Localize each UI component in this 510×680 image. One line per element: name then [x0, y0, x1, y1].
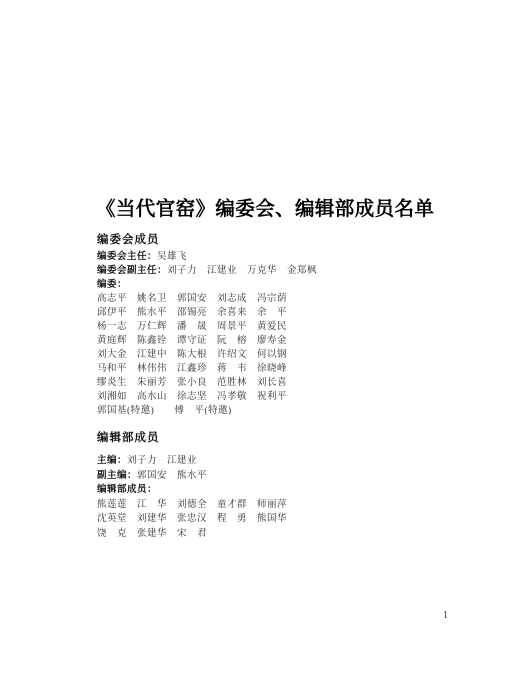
committee-member-row: 缪炎生 朱丽芳 张小良 范胜林 刘长喜 — [97, 376, 317, 390]
committee-member-row: 郭国基(特邀) 傅 平(特邀) — [97, 404, 317, 418]
editorial-member-row: 沈英堂 刘建华 张忠汉 程 勇 熊国华 — [97, 512, 287, 527]
committee-member-row: 杨一志 万仁辉 潘 晟 周景平 黄爱民 — [97, 320, 317, 334]
editorial-deputy-line: 副主编：郭国安 熊水平 — [97, 469, 287, 484]
committee-member-row: 刘湘如 高水山 徐志坚 冯孝敬 祝利平 — [97, 390, 317, 404]
editorial-section-heading: 编辑部成员 — [97, 429, 160, 445]
committee-deputy-names: 刘子力 江建业 万克华 金郑枫 — [167, 266, 317, 276]
committee-director-name: 吴雄飞 — [157, 252, 187, 262]
editorial-deputy-names: 郭国安 熊水平 — [137, 471, 207, 481]
editorial-members-label: 编辑部成员： — [97, 484, 157, 495]
committee-section-heading: 编委会成员 — [97, 231, 160, 247]
committee-director-line: 编委会主任：吴雄飞 — [97, 250, 317, 264]
editorial-member-row: 熊莲莲 江 华 刘德全 童才群 师丽萍 — [97, 498, 287, 513]
committee-members-label-line: 编委： — [97, 278, 317, 292]
committee-member-row: 黄庭辉 陈鑫铨 谭守证 阮 榕 廖寿金 — [97, 334, 317, 348]
page-title: 《当代官窑》编委会、编辑部成员名单 — [96, 193, 434, 221]
document-page: 《当代官窑》编委会、编辑部成员名单 编委会成员 编委会主任：吴雄飞 编委会副主任… — [0, 0, 510, 680]
committee-members-label: 编委： — [97, 279, 127, 290]
editorial-chief-names: 刘子力 江建业 — [127, 456, 197, 466]
committee-director-label: 编委会主任： — [97, 251, 157, 262]
page-number: 1 — [443, 610, 448, 621]
committee-member-list: 编委会主任：吴雄飞 编委会副主任：刘子力 江建业 万克华 金郑枫 编委： 高志平… — [97, 250, 317, 418]
committee-member-row: 刘大金 江建中 陈大根 许绍文 何以钢 — [97, 348, 317, 362]
committee-deputy-line: 编委会副主任：刘子力 江建业 万克华 金郑枫 — [97, 264, 317, 278]
committee-member-row: 高志平 姚名卫 郭国安 刘志成 冯宗荫 — [97, 292, 317, 306]
editorial-members-label-line: 编辑部成员： — [97, 483, 287, 498]
committee-member-row: 邱伊平 熊水平 邵锡亮 余喜来 余 平 — [97, 306, 317, 320]
committee-member-row: 马和平 林伟伟 江鑫珍 蒋 韦 徐晓峰 — [97, 362, 317, 376]
editorial-chief-line: 主编：刘子力 江建业 — [97, 454, 287, 469]
editorial-member-list: 主编：刘子力 江建业 副主编：郭国安 熊水平 编辑部成员： 熊莲莲 江 华 刘德… — [97, 454, 287, 541]
committee-deputy-label: 编委会副主任： — [97, 265, 167, 276]
editorial-chief-label: 主编： — [97, 455, 127, 466]
editorial-deputy-label: 副主编： — [97, 470, 137, 481]
editorial-member-row: 饶 克 张建华 宋 君 — [97, 527, 287, 542]
